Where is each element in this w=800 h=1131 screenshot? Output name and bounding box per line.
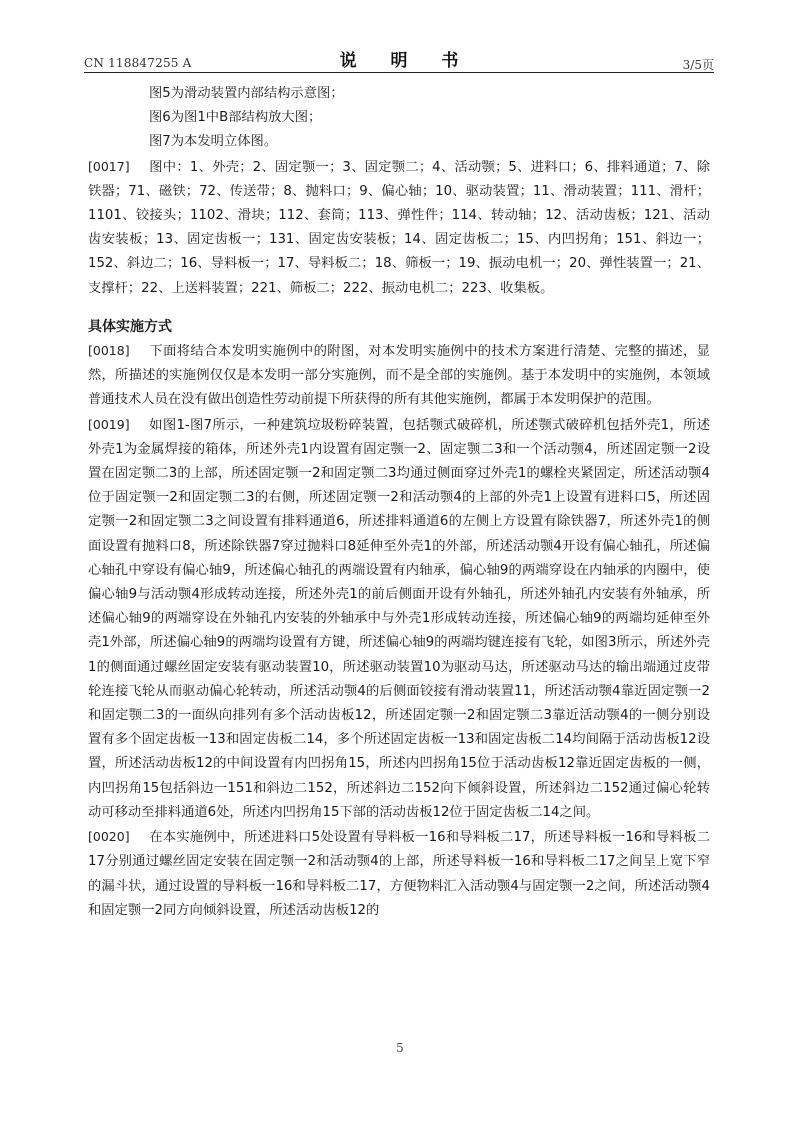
figure-caption-7: 图7为本发明立体图。	[88, 130, 710, 154]
paragraph-text: 图中：1、外壳；2、固定颚一；3、固定颚二；4、活动颚；5、进料口；6、排料通道…	[88, 160, 710, 296]
figure-caption-5: 图5为滑动装置内部结构示意图；	[88, 82, 710, 106]
paragraph-number: [0020]	[88, 825, 149, 849]
paragraph-0018: [0018]下面将结合本发明实施例中的附图，对本发明实施例中的技术方案进行清楚、…	[88, 339, 710, 413]
paragraph-text: 如图1-图7所示，一种建筑垃圾粉碎装置，包括颚式破碎机，所述颚式破碎机包括外壳1…	[88, 418, 710, 820]
section-heading: 具体实施方式	[88, 315, 710, 339]
paragraph-number: [0017]	[88, 155, 149, 179]
paragraph-text: 在本实施例中，所述进料口5处设置有导料板一16和导料板二17，所述导料板一16和…	[88, 830, 710, 918]
figure-caption-6: 图6为图1中B部结构放大图；	[88, 106, 710, 130]
paragraph-0019: [0019]如图1-图7所示，一种建筑垃圾粉碎装置，包括颚式破碎机，所述颚式破碎…	[88, 413, 710, 825]
page-header: CN 118847255 A 说 明 书 3/5页	[84, 46, 714, 73]
page-number: 5	[0, 1041, 800, 1055]
paragraph-0017: [0017]图中：1、外壳；2、固定颚一；3、固定颚二；4、活动颚；5、进料口；…	[88, 155, 710, 301]
document-title: 说 明 书	[84, 46, 714, 71]
paragraph-text: 下面将结合本发明实施例中的附图，对本发明实施例中的技术方案进行清楚、完整的描述，…	[88, 344, 710, 407]
paragraph-number: [0018]	[88, 339, 149, 363]
paragraph-number: [0019]	[88, 413, 149, 437]
document-body: 图5为滑动装置内部结构示意图； 图6为图1中B部结构放大图； 图7为本发明立体图…	[88, 82, 710, 923]
paragraph-0020: [0020]在本实施例中，所述进料口5处设置有导料板一16和导料板二17，所述导…	[88, 825, 710, 923]
page-info: 3/5页	[683, 56, 714, 73]
